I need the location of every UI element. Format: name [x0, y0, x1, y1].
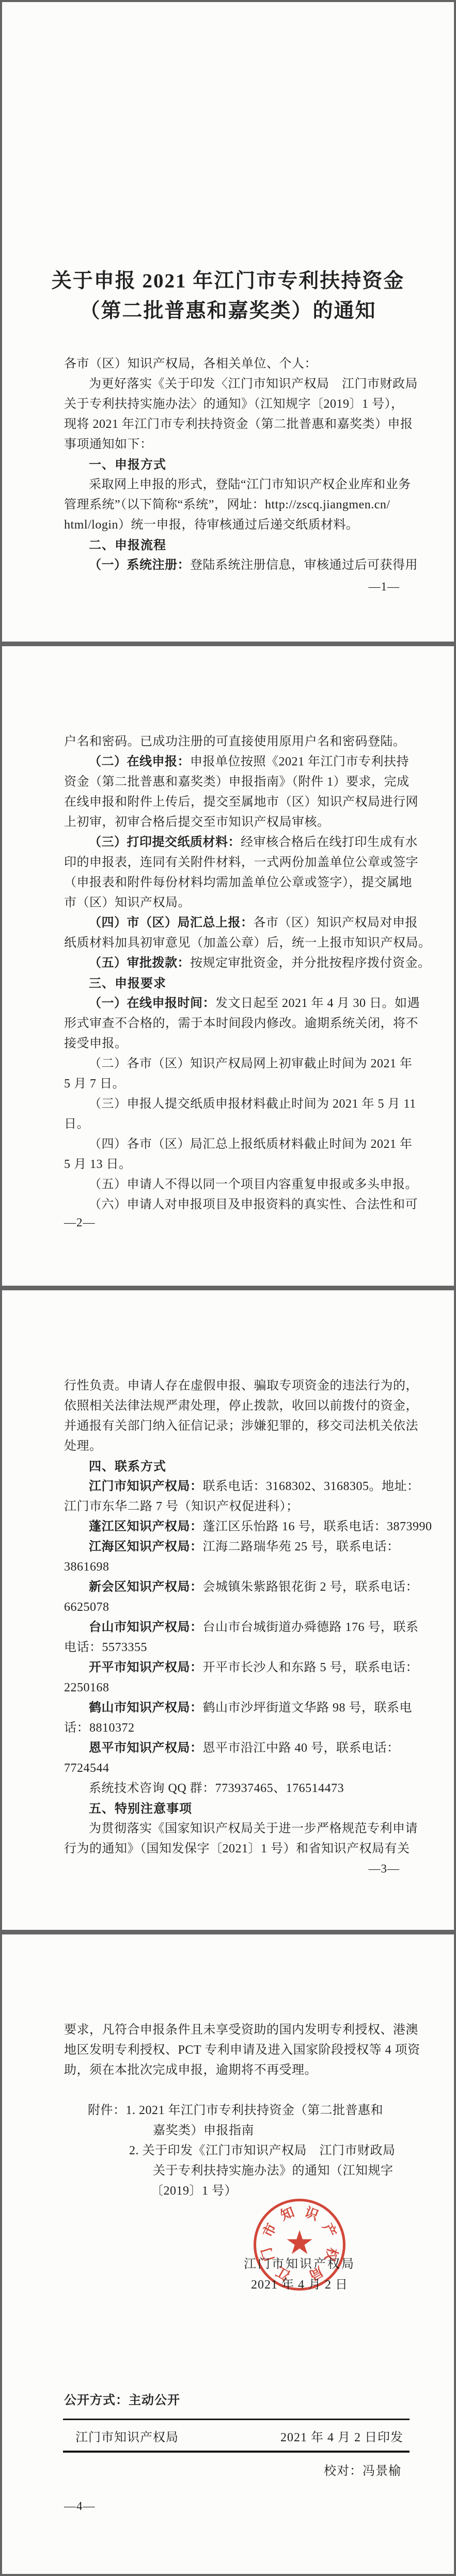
text-line: 形式审查不合格的，需于本时间段内修改。逾期系统关闭，将不 [64, 1014, 408, 1034]
text-line: 系统技术咨询 QQ 群：773937465、176514473 [64, 1779, 408, 1799]
text-line: （一）在线申报时间：发文日起至 2021 年 4 月 30 日。如遇 [64, 994, 408, 1014]
text-line: 市（区）知识产权局。 [64, 893, 408, 913]
text-line: 印的申报表，连同有关附件材料，一式两份加盖单位公章或签字 [64, 853, 408, 873]
document-viewer: 关于申报 2021 年江门市专利扶持资金 （第二批普惠和嘉奖类）的通知 各市（区… [0, 0, 456, 2576]
attachment-line: 嘉奖类）申报指南 [153, 2121, 254, 2141]
text-line: 江门市东华二路 7 号（知识产权促进科）； [64, 1497, 408, 1517]
page-number-4: —4— [64, 2499, 96, 2514]
page-3: 行性负责。申请人存在虚假申报、骗取专项资金的违法行为的，依照相关法律法规严肃处理… [2, 1290, 454, 1930]
signature-org: 江门市知识产权局 [235, 2253, 364, 2271]
text-line: （二）各市（区）知识产权局网上初审截止时间为 2021 年 [64, 1054, 408, 1074]
document-title-line2: （第二批普惠和嘉奖类）的通知 [2, 296, 454, 326]
text-line: （六）申请人对申报项目及申报资料的真实性、合法性和可 [64, 1195, 408, 1215]
page-4-text: 要求，凡符合申报条件且未享受资助的国内发明专利授权、港澳地区发明专利授权、PCT… [64, 1934, 408, 2081]
text-line: 关于专利扶持实施办法〉的通知》（江知规字〔2019〕1 号）， [64, 394, 408, 414]
page-4: 要求，凡符合申报条件且未享受资助的国内发明专利授权、港澳地区发明专利授权、PCT… [2, 1934, 454, 2574]
attachment-line: 2. 关于印发《江门市知识产权局 江门市财政局 [129, 2141, 396, 2161]
text-line: 新会区知识产权局：会城镇朱紫路银花街 2 号，联系电话： [64, 1577, 408, 1597]
text-line: 行为的通知》（国知发保字〔2021〕1 号）和省知识产权局有关 [64, 1839, 408, 1859]
text-line: 采取网上申报的形式，登陆“江门市知识产权企业库和业务 [64, 475, 408, 495]
section-heading: 四、联系方式 [64, 1457, 408, 1477]
document-title: 关于申报 2021 年江门市专利扶持资金 （第二批普惠和嘉奖类）的通知 [2, 2, 454, 326]
text-line: （四）各市（区）局汇总上报纸质材料截止时间为 2021 年 [64, 1134, 408, 1155]
text-line: （三）申报人提交纸质申报材料截止时间为 2021 年 5 月 11 [64, 1094, 408, 1114]
text-line: 2250168 [64, 1678, 408, 1698]
page-2: 户名和密码。已成功注册的可直接使用原用户名和密码登陆。（二）在线申报：申报单位按… [2, 646, 454, 1286]
text-line: （二）在线申报：申报单位按照《2021 年江门市专利扶持 [64, 752, 408, 772]
text-line: 行性负责。申请人存在虚假申报、骗取专项资金的违法行为的， [64, 1376, 408, 1396]
proofreader: 校对：冯景榆 [324, 2460, 401, 2478]
text-line: 要求，凡符合申报条件且未享受资助的国内发明专利授权、港澳 [64, 2020, 408, 2040]
text-line: 管理系统”（以下简称“系统”，网址：http://zscq.jiangmen.c… [64, 495, 408, 515]
page-1: 关于申报 2021 年江门市专利扶持资金 （第二批普惠和嘉奖类）的通知 各市（区… [2, 2, 454, 642]
document-title-line1: 关于申报 2021 年江门市专利扶持资金 [2, 266, 454, 296]
text-line: （五）申请人不得以同一个项目内容重复申报或多头申报。 [64, 1175, 408, 1195]
text-line: 上初审，初审合格后提交至市知识产权局审核。 [64, 812, 408, 833]
issuer-row: 江门市知识产权局 2021 年 4 月 2 日印发 [75, 2427, 403, 2445]
seal-arc-char: 识 [302, 2202, 322, 2225]
text-line: 恩平市知识产权局：恩平市沿江中路 40 号，联系电话： [64, 1738, 408, 1758]
text-line: 话：8810372 [64, 1718, 408, 1738]
footer-rule-bottom [63, 2451, 410, 2453]
text-line: 7724544 [64, 1758, 408, 1779]
section-heading: 三、申报要求 [64, 973, 408, 994]
page-number-2: —2— [64, 1215, 96, 1230]
text-line: （三）打印提交纸质材料：经审核合格后在线打印生成有水 [64, 833, 408, 853]
text-line: 处理。 [64, 1436, 408, 1457]
text-line: 现将 2021 年江门市专利扶持资金（第二批普惠和嘉奖类）申报 [64, 414, 408, 435]
text-line: （申报表和附件每份材料均需加盖单位公章或签字），提交属地 [64, 873, 408, 893]
page-3-text: 行性负责。申请人存在虚假申报、骗取专项资金的违法行为的，依照相关法律法规严肃处理… [64, 1290, 408, 1859]
text-line: 电话：5573355 [64, 1638, 408, 1658]
page-number-3: —3— [369, 1861, 400, 1877]
text-line: 鹤山市知识产权局：鹤山市沙坪街道文华路 98 号，联系电 [64, 1698, 408, 1718]
section-heading: 一、申报方式 [64, 455, 408, 475]
attachment-line: 〔2019〕1 号） [151, 2181, 237, 2201]
text-line: 事项通知如下： [64, 435, 408, 455]
text-line: （五）审批拨款：按规定审批资金，并分批按程序拨付资金。 [64, 953, 408, 973]
text-line: 3861698 [64, 1557, 408, 1577]
text-line: 蓬江区知识产权局：蓬江区乐怡路 16 号，联系电话：3873990 [64, 1517, 408, 1537]
section-heading: 五、特别注意事项 [64, 1799, 408, 1819]
signature-date: 2021 年 4 月 2 日 [235, 2274, 364, 2292]
publish-method: 公开方式：主动公开 [64, 2390, 180, 2408]
text-line: 依照相关法律法规严肃处理，停止拨款，收回以前拨付的资金， [64, 1396, 408, 1416]
seal-arc-char: 产 [319, 2220, 342, 2240]
text-line: 为贯彻落实《国家知识产权局关于进一步严格规范专利申请 [64, 1819, 408, 1839]
text-line: 5 月 7 日。 [64, 1074, 408, 1094]
print-date: 2021 年 4 月 2 日印发 [280, 2427, 403, 2445]
text-line: 5 月 13 日。 [64, 1155, 408, 1175]
attachment-line: 关于专利扶持实施办法》的通知（江知规字 [153, 2161, 394, 2181]
text-line: 开平市知识产权局：开平市长沙人和东路 5 号，联系电话： [64, 1658, 408, 1678]
text-line: 江门市知识产权局：联系电话：3168302、3168305。地址： [64, 1477, 408, 1497]
text-line: 为更好落实《关于印发〈江门市知识产权局 江门市财政局 [64, 374, 408, 394]
text-line: （四）市（区）局汇总上报：各市（区）知识产权局对申报 [64, 913, 408, 933]
text-line: 助，须在本批次完成申报，逾期将不再受理。 [64, 2060, 408, 2081]
page-1-text: 各市（区）知识产权局，各相关单位、个人：为更好落实《关于印发〈江门市知识产权局 … [64, 326, 408, 575]
text-line: html/login）统一申报，待审核通过后递交纸质材料。 [64, 515, 408, 535]
text-line: 地区发明专利授权、PCT 专利申请及进入国家阶段授权等 4 项资 [64, 2040, 408, 2060]
text-line: 并通报有关部门纳入征信记录；涉嫌犯罪的，移交司法机关依法 [64, 1416, 408, 1436]
text-line: 户名和密码。已成功注册的可直接使用原用户名和密码登陆。 [64, 732, 408, 752]
text-line: 各市（区）知识产权局，各相关单位、个人： [64, 354, 408, 374]
page-number-1: —1— [369, 579, 400, 595]
text-line: 纸质材料加具初审意见（加盖公章）后，统一上报市知识产权局。 [64, 933, 408, 953]
text-line: 在线申报和附件上传后，提交至属地市（区）知识产权局进行网 [64, 792, 408, 812]
seal-arc-char: 知 [277, 2202, 297, 2225]
text-line: 资金（第二批普惠和嘉奖类）申报指南》（附件 1）要求，完成 [64, 772, 408, 792]
page-2-text: 户名和密码。已成功注册的可直接使用原用户名和密码登陆。（二）在线申报：申报单位按… [64, 646, 408, 1215]
issuer-name: 江门市知识产权局 [75, 2427, 179, 2445]
footer-rule-top [63, 2419, 410, 2420]
attachment-line: 附件：1. 2021 年江门市专利扶持资金（第二批普惠和 [88, 2101, 383, 2121]
text-line: 江海区知识产权局：江海二路瑞华苑 25 号，联系电话： [64, 1537, 408, 1557]
section-heading: 二、申报流程 [64, 535, 408, 555]
text-line: 日。 [64, 1114, 408, 1134]
text-line: 接受申报。 [64, 1034, 408, 1054]
text-line: 6625078 [64, 1597, 408, 1618]
text-line: （一）系统注册：登陆系统注册信息，审核通过后可获得用 [64, 555, 408, 575]
seal-arc-char: 市 [257, 2220, 280, 2240]
text-line: 台山市知识产权局：台山市台城街道办舜德路 176 号，联系 [64, 1618, 408, 1638]
